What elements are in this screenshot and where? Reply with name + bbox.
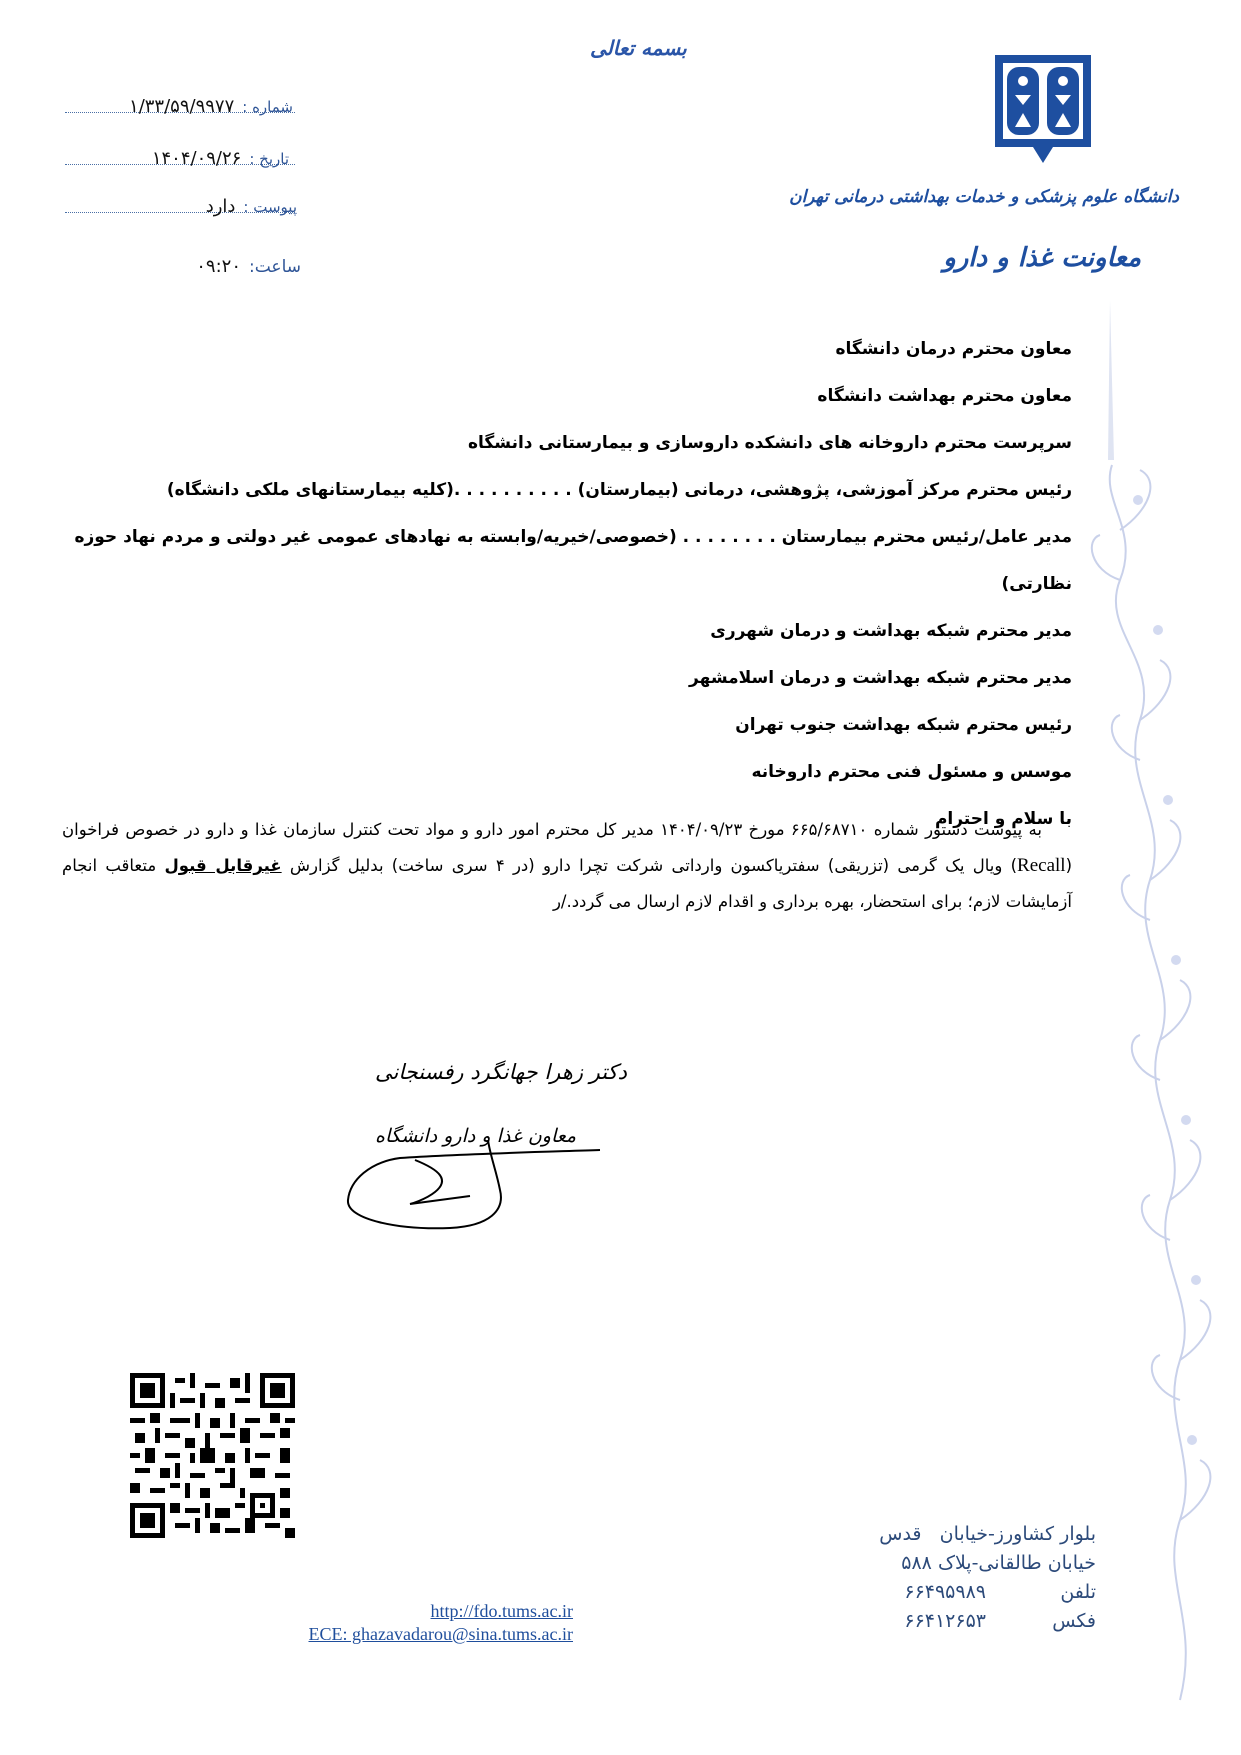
handwritten-signature xyxy=(340,1110,610,1240)
letter-date-row: تاریخ : ۱۴۰۴/۰۹/۲۶ xyxy=(152,148,289,169)
address-building-value: ۵۸۸ xyxy=(901,1549,932,1578)
qr-code xyxy=(130,1373,295,1538)
recipient-line: موسس و مسئول فنی محترم داروخانه xyxy=(62,749,1072,796)
address-building-label: خیابان طالقانی-پلاک xyxy=(938,1549,1096,1578)
address-row: خیابان طالقانی-پلاک ۵۸۸ xyxy=(879,1549,1096,1578)
email-link[interactable]: ECE: ghazavadarou@sina.tums.ac.ir xyxy=(309,1623,574,1646)
recipients-list: معاون محترم درمان دانشگاه معاون محترم به… xyxy=(62,326,1072,843)
date-label: تاریخ : xyxy=(249,150,289,168)
recipient-line: معاون محترم بهداشت دانشگاه xyxy=(62,373,1072,420)
address-row: بلوار کشاورز-خیابان قدس xyxy=(879,1520,1096,1549)
phone-label: تلفن xyxy=(986,1578,1096,1607)
postal-address: بلوار کشاورز-خیابان قدس خیابان طالقانی-پ… xyxy=(879,1520,1096,1636)
recipient-line: سرپرست محترم داروخانه های دانشکده داروسا… xyxy=(62,420,1072,467)
address-street-value: قدس xyxy=(879,1520,921,1549)
recipient-line: رئیس محترم شبکه بهداشت جنوب تهران xyxy=(62,702,1072,749)
bismillah-heading: بسمه تعالی xyxy=(590,36,687,60)
website-link[interactable]: http://fdo.tums.ac.ir xyxy=(309,1600,574,1623)
fax-row: فکس۶۶۴۱۲۶۵۳ xyxy=(879,1607,1096,1636)
university-name: دانشگاه علوم پزشکی و خدمات بهداشتی درمان… xyxy=(789,187,1179,207)
time-label: ساعت: xyxy=(249,257,301,277)
number-label: شماره : xyxy=(242,98,293,116)
date-value: ۱۴۰۴/۰۹/۲۶ xyxy=(152,148,241,169)
fax-value: ۶۶۴۱۲۶۵۳ xyxy=(904,1607,986,1636)
recipient-line: مدیر عامل/رئیس محترم بیمارستان . . . . .… xyxy=(62,514,1072,561)
floral-ornament-border xyxy=(1080,300,1240,1720)
fax-label: فکس xyxy=(986,1607,1096,1636)
phone-row: تلفن۶۶۴۹۵۹۸۹ xyxy=(879,1578,1096,1607)
phone-value: ۶۶۴۹۵۹۸۹ xyxy=(904,1578,986,1607)
signatory-name: دکتر زهرا جهانگرد رفسنجانی xyxy=(375,1060,627,1084)
time-row: ساعت: ۰۹:۲۰ xyxy=(196,256,301,277)
recipient-line: رئیس محترم مرکز آموزشی، پژوهشی، درمانی (… xyxy=(62,467,1072,514)
recipient-line: معاون محترم درمان دانشگاه xyxy=(62,326,1072,373)
address-street-label: بلوار کشاورز-خیابان xyxy=(940,1520,1096,1549)
contact-links: http://fdo.tums.ac.ir ECE: ghazavadarou@… xyxy=(309,1600,574,1646)
attachment-row: پیوست : دارد xyxy=(206,196,297,217)
recall-term: Recall xyxy=(1017,855,1066,876)
number-value: ۱/۳۳/۵۹/۹۹۷۷ xyxy=(129,96,234,117)
attachment-label: پیوست : xyxy=(243,198,297,216)
body-part-2: ) ویال یک گرمی (تزریقی) سفتریاکسون واردا… xyxy=(282,856,1017,875)
recipient-line: مدیر محترم شبکه بهداشت و درمان شهرری xyxy=(62,608,1072,655)
time-value: ۰۹:۲۰ xyxy=(196,256,241,277)
university-logo xyxy=(995,55,1091,175)
recipient-line-continuation: نظارتی) xyxy=(62,561,1072,608)
recipient-line: مدیر محترم شبکه بهداشت و درمان اسلامشهر xyxy=(62,655,1072,702)
attachment-value: دارد xyxy=(206,196,236,217)
letter-body: به پیوست دستور شماره ۶۶۵/۶۸۷۱۰ مورخ ۱۴۰۴… xyxy=(62,812,1072,920)
department-name: معاونت غذا و دارو xyxy=(943,243,1141,273)
letter-number-row: شماره : ۱/۳۳/۵۹/۹۹۷۷ xyxy=(129,96,293,117)
unacceptable-emphasis: غیرقابل قبول xyxy=(164,856,281,875)
